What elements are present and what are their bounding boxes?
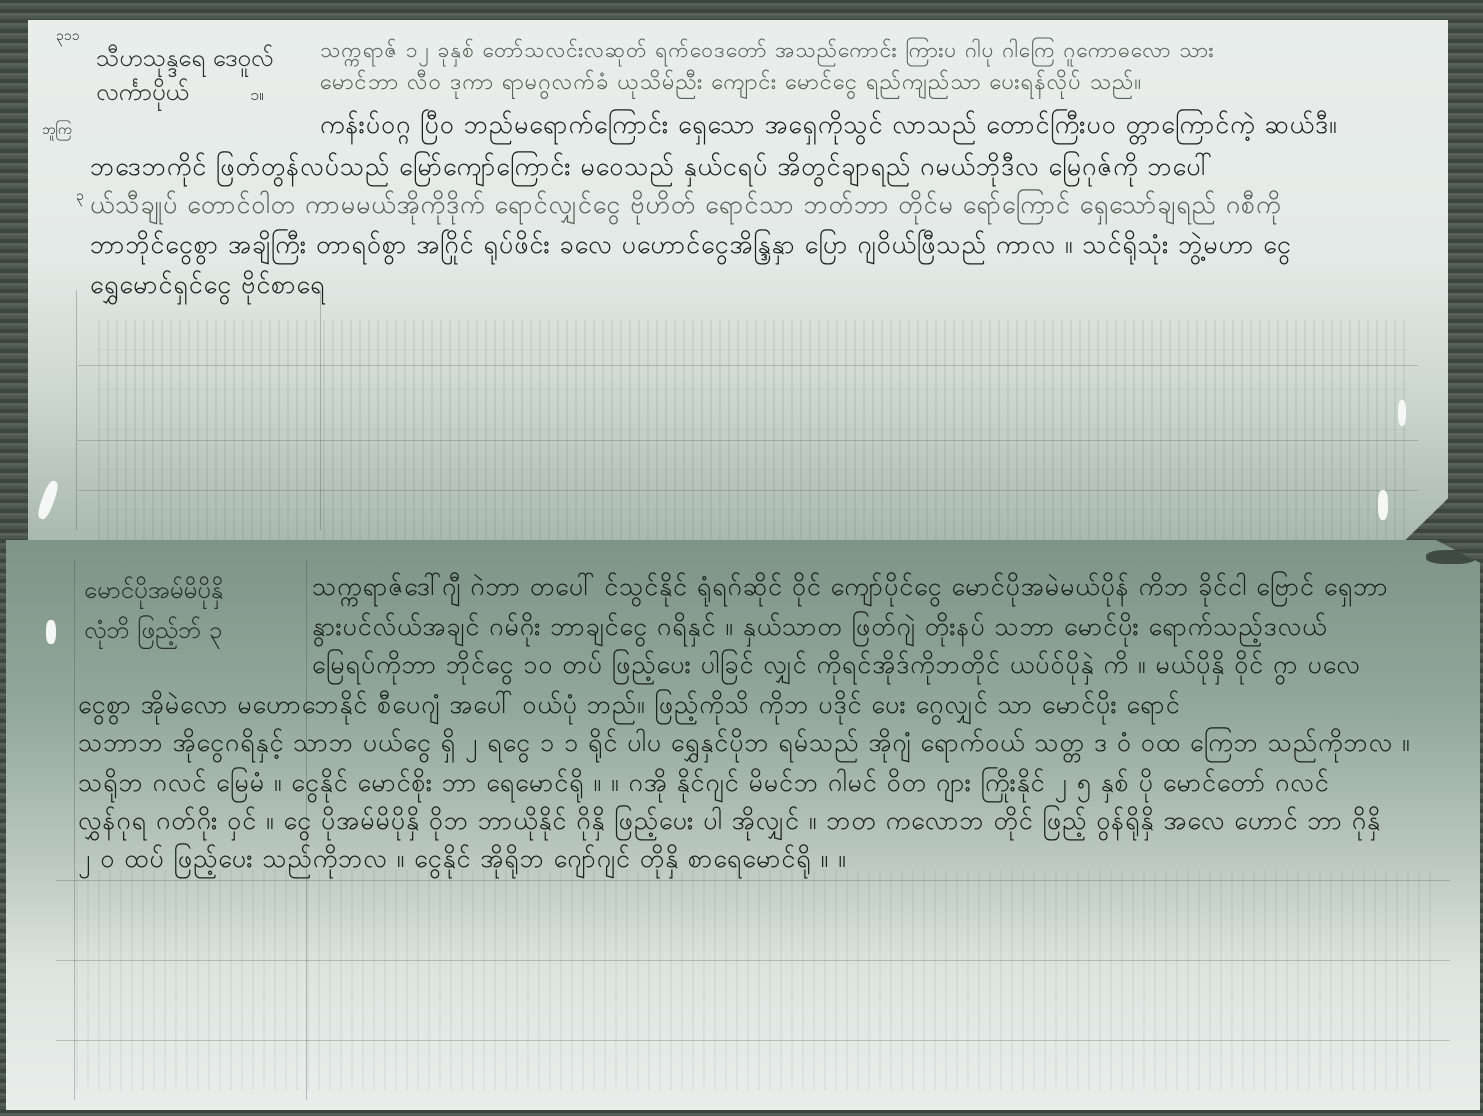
- column-rule: [320, 290, 321, 530]
- corner-note: ၃၁၁: [56, 26, 80, 47]
- margin-heading-line-2: လင်္ကာပိုယ်: [96, 76, 189, 112]
- damage-hole: [1378, 490, 1388, 520]
- ruled-line: [56, 1040, 1450, 1041]
- top-folio: ၃၁၁ သီဟသုန္ဒရေ ဒေဝူလ် လင်္ကာပိုယ် ၁။ ဘူက…: [28, 20, 1448, 540]
- bleed-through-area: [76, 870, 1440, 1090]
- ruled-line: [56, 880, 1450, 881]
- margin-heading-line-2: လုံဘိ ဖြည့်ဘ် ၃: [84, 614, 222, 650]
- text-line: ရွှေမောင်ရှင်ငွေ ဗိုင်စာရေ: [90, 272, 325, 297]
- ruled-line: [78, 490, 1418, 491]
- damage-hole: [36, 479, 61, 521]
- bleed-through-area: [98, 320, 1408, 550]
- text-line: မောင်ဘာ လီဝ ဒုကာ ရာမဂွလက်ခံ ယုသိမ်ညီး ကျ…: [320, 72, 1142, 94]
- margin-rule: [74, 560, 75, 1100]
- text-line: ၂ ဝ ထပ် ဖြည့်ပေး သည်ကိုဘလ ။ ငွေနိုင် အို…: [78, 846, 847, 871]
- text-line: သက္ကရာဇ်ဒေါ်ဂျီ ဂဲဘာ တပေါ် င်သွင်နိုင် ရ…: [312, 574, 1389, 599]
- damage-hole: [46, 620, 56, 644]
- text-line: ဘာဘိုင်ငွေစွာ အချိကြီး တာရဝ်စွာ အဂြိုင် …: [90, 232, 1292, 257]
- margin-heading-line-1: မောင်ပိုအမ်မိပိုနှိ: [84, 574, 223, 610]
- margin-note: ၃: [76, 186, 84, 207]
- margin-heading-line-1: သီဟသုန္ဒရေ ဒေဝူလ်: [96, 42, 273, 78]
- margin-number: ၁။: [250, 84, 264, 108]
- text-line: မြေရပ်ကိုဘာ ဘိုင်ငွေ ၁ဝ တပ် ဖြည့်ပေး ပါခ…: [312, 652, 1361, 677]
- text-line: ငွေစွာ အိုမဲလော မဟောဘေနိုင် စီပေဂျံ အပေါ…: [78, 692, 1181, 717]
- ruled-line: [56, 960, 1450, 961]
- text-line: ယ်သီချုပ် တောင်ဝါတ ကာမမယ်အိုကိုဒိုက် ရော…: [90, 192, 1282, 217]
- ruled-line: [78, 440, 1418, 441]
- text-line: သဘာဘ အိုငွေဂရိနှင့် သာဘ ပယ်ငွေ ရှိ ၂ ရငွ…: [78, 730, 1411, 755]
- bottom-folio: မောင်ပိုအမ်မိပိုနှိ လုံဘိ ဖြည့်ဘ် ၃ သက္က…: [6, 540, 1480, 1110]
- text-line: သရိုဘ ဂလင် မြေမံ ။ ငွေနိုင် မောင်စိုး ဘာ…: [78, 770, 1330, 795]
- text-line: ကန်းပ်ဝဂ္ဂ ပြီဝ ဘည်မရောက်ကြောင်း ရှေသော …: [320, 112, 1338, 137]
- ruled-line: [78, 365, 1418, 366]
- margin-rule: [76, 290, 77, 530]
- damage-hole: [1398, 400, 1406, 426]
- text-line: ဘဒေဘကိုင် ဖြတ်တွန်လပ်သည် မြော်ကျော်ကြောင…: [90, 154, 1213, 179]
- margin-note: ဘူကြ: [42, 120, 72, 141]
- text-line: နွားပင်လ်ယ်အချင် ဂမ်ဂိုး ဘာချင်ငွေ ဂရိနှ…: [312, 614, 1327, 639]
- text-line: သက္ကရာဇ် ၁၂ ခုနှစ် တော်သလင်းလဆုတ် ရက်ဝေဒ…: [320, 40, 1215, 61]
- text-line: လွှန်ဂုရ ဂတ်ဂိုး ဝှင် ။ ငွေ ပိုအမ်မိပိုန…: [78, 808, 1381, 833]
